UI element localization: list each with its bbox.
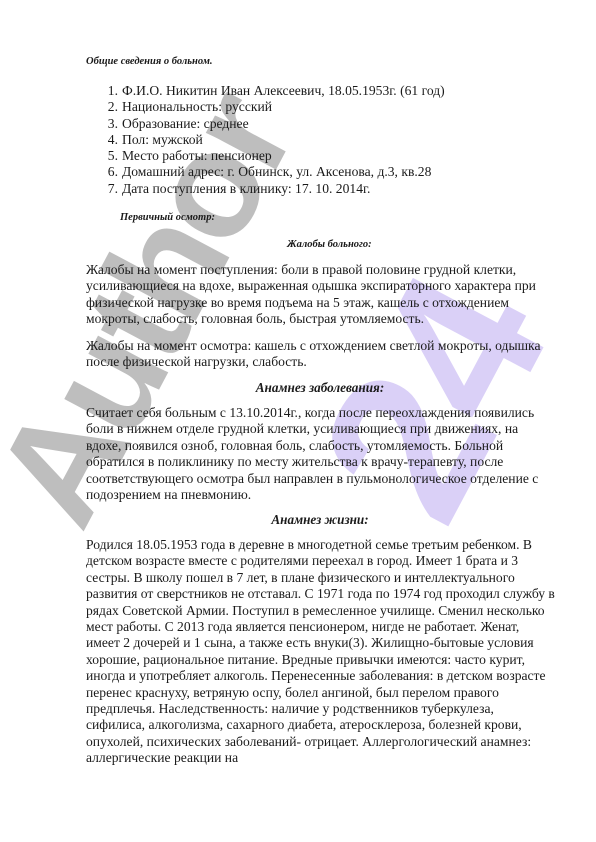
list-number: 5. — [101, 148, 118, 164]
list-item: 2. Национальность: русский — [86, 99, 445, 115]
list-number: 4. — [101, 132, 118, 148]
list-item: 6. Домашний адрес: г. Обнинск, ул. Аксен… — [86, 164, 445, 180]
list-number: 2. — [101, 99, 118, 115]
list-text: Пол: мужской — [122, 132, 203, 148]
list-text: Домашний адрес: г. Обнинск, ул. Аксенова… — [122, 164, 431, 180]
general-info-heading: Общие сведения о больном. — [86, 56, 213, 67]
disease-history-heading: Анамнез заболевания: — [0, 380, 596, 396]
list-text: Место работы: пенсионер — [122, 148, 272, 164]
list-number: 3. — [101, 116, 118, 132]
list-item: 7. Дата поступления в клинику: 17. 10. 2… — [86, 181, 445, 197]
list-text: Ф.И.О. Никитин Иван Алексеевич, 18.05.19… — [122, 83, 445, 99]
list-text: Дата поступления в клинику: 17. 10. 2014… — [122, 181, 370, 197]
list-number: 1. — [101, 83, 118, 99]
list-item: 4. Пол: мужской — [86, 132, 445, 148]
list-item: 5. Место работы: пенсионер — [86, 148, 445, 164]
primary-exam-heading: Первичный осмотр: — [120, 212, 215, 223]
life-history-heading: Анамнез жизни: — [0, 512, 596, 528]
list-item: 1. Ф.И.О. Никитин Иван Алексеевич, 18.05… — [86, 83, 445, 99]
document-page: Author 24 Общие сведения о больном. 1. Ф… — [0, 0, 596, 842]
list-number: 7. — [101, 181, 118, 197]
list-item: 3. Образование: среднее — [86, 116, 445, 132]
disease-history-text: Считает себя больным с 13.10.2014г., ког… — [86, 405, 556, 503]
complaints-on-admission: Жалобы на момент поступления: боли в пра… — [86, 262, 556, 328]
list-text: Образование: среднее — [122, 116, 249, 132]
list-number: 6. — [101, 164, 118, 180]
complaints-on-exam: Жалобы на момент осмотра: кашель с отхож… — [86, 338, 556, 371]
patient-info-list: 1. Ф.И.О. Никитин Иван Алексеевич, 18.05… — [86, 83, 445, 197]
list-text: Национальность: русский — [122, 99, 272, 115]
life-history-text: Родился 18.05.1953 года в деревне в мног… — [86, 537, 556, 767]
complaints-heading: Жалобы больного: — [287, 239, 372, 250]
